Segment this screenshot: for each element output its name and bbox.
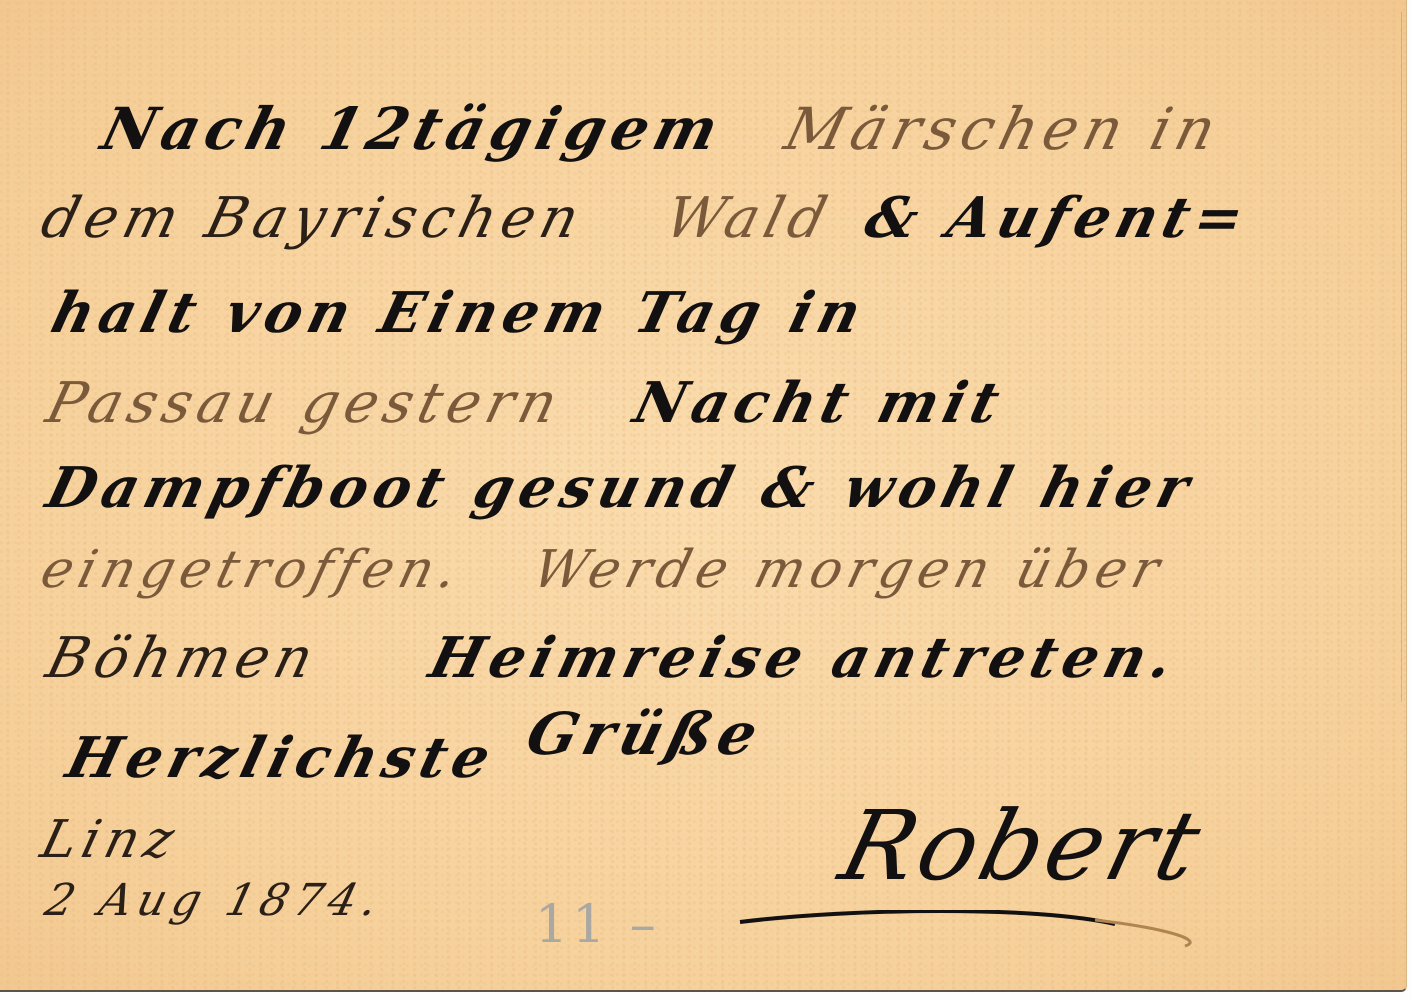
- line-6-segment-1: eingetroffen.: [35, 540, 469, 600]
- letter-line-7: Böhmen Heimreise antreten.: [40, 625, 1185, 691]
- line-2-segment-1: dem Bayrischen: [35, 186, 591, 251]
- postcard: Nach 12tägigem Märschen in dem Bayrische…: [0, 0, 1407, 992]
- line-5-segment-1: Dampfboot gesund & wohl hier: [40, 455, 1202, 521]
- line-6-segment-2: Werde morgen über: [527, 540, 1171, 600]
- line-2-segment-3: & Aufent=: [859, 185, 1257, 251]
- closing-greeting: Herzlichste: [60, 725, 503, 791]
- letter-line-6: eingetroffen. Werde morgen über: [35, 540, 1171, 600]
- letter-line-3: halt von Einem Tag in: [45, 280, 873, 346]
- line-4-segment-2: Nacht mit: [627, 370, 1012, 436]
- line-2-segment-2: Wald: [659, 186, 839, 251]
- line-7-segment-1: Böhmen: [40, 626, 325, 691]
- date: 2 Aug 1874.: [40, 875, 389, 926]
- letter-line-4: Passau gestern Nacht mit: [40, 370, 1012, 436]
- closing-regards: Grüße: [520, 700, 770, 768]
- letter-line-2: dem Bayrischen Wald & Aufent=: [35, 185, 1257, 251]
- letter-line-1: Nach 12tägigem Märschen in: [95, 95, 1229, 163]
- line-7-segment-2: Heimreise antreten.: [423, 625, 1185, 691]
- letter-line-5: Dampfboot gesund & wohl hier: [40, 455, 1202, 521]
- place: Linz: [35, 810, 186, 870]
- line-1-segment-1: Nach 12tägigem: [95, 95, 731, 163]
- card-edge-line: [1401, 12, 1402, 702]
- line-4-segment-1: Passau gestern: [40, 371, 570, 436]
- pencil-annotation: 11 –: [535, 895, 660, 955]
- line-1-segment-2: Märschen in: [778, 95, 1228, 163]
- line-3-segment-1: halt von Einem Tag in: [45, 280, 873, 346]
- signature-flourish-icon: [735, 910, 1195, 950]
- signature: Robert: [830, 790, 1215, 902]
